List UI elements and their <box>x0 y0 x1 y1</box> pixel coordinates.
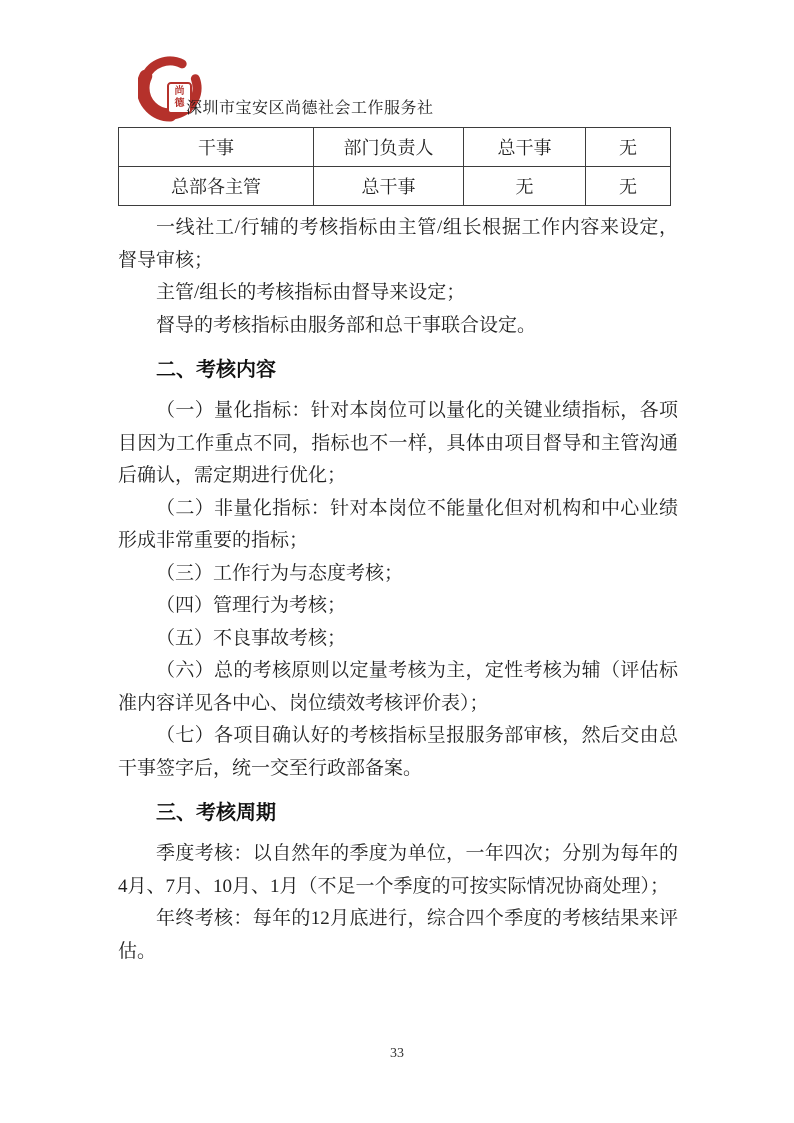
table-row: 干事 部门负责人 总干事 无 <box>119 128 671 167</box>
table-cell: 无 <box>586 128 671 167</box>
assessment-item-1: （一）量化指标：针对本岗位可以量化的关键业绩指标，各项目因为工作重点不同，指标也… <box>118 395 678 493</box>
paragraph-indicator-setting-1: 一线社工/行辅的考核指标由主管/组长根据工作内容来设定，督导审核； <box>118 212 678 277</box>
table-row: 总部各主管 总干事 无 无 <box>119 167 671 206</box>
table-cell: 无 <box>586 167 671 206</box>
assessment-item-3: （三）工作行为与态度考核； <box>118 558 678 591</box>
assessment-item-5: （五）不良事故考核； <box>118 623 678 656</box>
document-page: 尚德 深圳市宝安区尚德社会工作服务社 干事 部门负责人 总干事 无 总部各主管 … <box>0 0 794 1123</box>
organization-name: 深圳市宝安区尚德社会工作服务社 <box>186 99 434 119</box>
cycle-item-yearend: 年终考核：每年的12月底进行，综合四个季度的考核结果来评估。 <box>118 903 678 968</box>
page-number: 33 <box>0 1046 794 1062</box>
table-cell: 干事 <box>119 128 314 167</box>
document-body: 一线社工/行辅的考核指标由主管/组长根据工作内容来设定，督导审核； 主管/组长的… <box>118 212 678 968</box>
table-cell: 总干事 <box>314 167 464 206</box>
approval-matrix-table: 干事 部门负责人 总干事 无 总部各主管 总干事 无 无 <box>118 127 671 206</box>
table-cell: 部门负责人 <box>314 128 464 167</box>
section-heading-assessment-cycle: 三、考核周期 <box>118 798 678 828</box>
table-cell: 无 <box>464 167 586 206</box>
assessment-item-2: （二）非量化指标：针对本岗位不能量化但对机构和中心业绩形成非常重要的指标； <box>118 493 678 558</box>
assessment-item-6: （六）总的考核原则以定量考核为主，定性考核为辅（评估标准内容详见各中心、岗位绩效… <box>118 655 678 720</box>
section-heading-assessment-content: 二、考核内容 <box>118 355 678 385</box>
paragraph-indicator-setting-3: 督导的考核指标由服务部和总干事联合设定。 <box>118 310 678 343</box>
assessment-item-7: （七）各项目确认好的考核指标呈报服务部审核，然后交由总干事签字后，统一交至行政部… <box>118 720 678 785</box>
assessment-item-4: （四）管理行为考核； <box>118 590 678 623</box>
paragraph-indicator-setting-2: 主管/组长的考核指标由督导来设定； <box>118 277 678 310</box>
cycle-item-quarterly: 季度考核：以自然年的季度为单位，一年四次；分别为每年的4月、7月、10月、1月（… <box>118 838 678 903</box>
table-cell: 总部各主管 <box>119 167 314 206</box>
table-cell: 总干事 <box>464 128 586 167</box>
